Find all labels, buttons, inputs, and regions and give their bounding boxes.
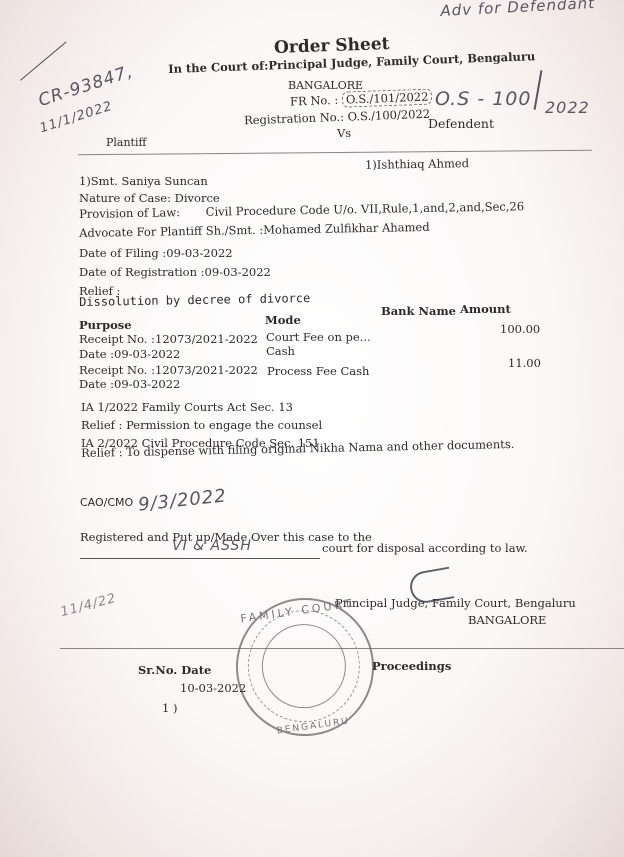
amount-header: Amount — [460, 302, 511, 316]
fee-row-2-mode: Process Fee Cash — [267, 364, 369, 378]
proceeding-sr-number: 1 ) — [162, 701, 177, 715]
fee-row-1-date: Date :09-03-2022 — [79, 347, 180, 361]
handwritten-note-advocate: Adv for Defendant — [440, 0, 595, 20]
date-of-registration: Date of Registration :09-03-2022 — [79, 265, 271, 279]
plaintiff-label: Plantiff — [106, 136, 146, 149]
handwritten-case-year: 2022 — [545, 98, 590, 117]
judge-city: BANGALORE — [468, 613, 546, 627]
purpose-header: Purpose — [79, 318, 132, 332]
handwritten-court-name: VI & ASSH — [172, 538, 252, 554]
registered-text-line2: court for disposal according to law. — [322, 541, 528, 555]
court-city: BANGALORE — [288, 79, 363, 92]
fee-row-2-date: Date :09-03-2022 — [79, 377, 180, 391]
defendant-name: 1)Ishthiaq Ahmed — [365, 156, 469, 172]
handwritten-cr-number: CR-93847, — [36, 62, 136, 111]
registration-number: Registration No.: O.S./100/2022 — [244, 107, 431, 127]
court-name-blank-line — [80, 558, 320, 559]
handwritten-slash-mark — [20, 41, 67, 80]
ia-1: IA 1/2022 Family Courts Act Sec. 13 — [81, 400, 293, 414]
fee-row-2-amount: 11.00 — [508, 356, 541, 370]
nature-of-case: Nature of Case: Divorce — [79, 191, 220, 205]
cao-cmo-label: CAO/CMO — [80, 496, 133, 509]
date-of-filing: Date of Filing :09-03-2022 — [79, 246, 233, 260]
handwritten-margin-note: 11/4/22 — [59, 591, 118, 620]
provision-value: Civil Procedure Code U/o. VII,Rule,1,and… — [206, 199, 525, 219]
srno-date-header: Sr.No. Date — [138, 663, 211, 677]
header-divider — [78, 150, 592, 155]
fee-row-1-mode-cash: Cash — [266, 344, 295, 358]
fee-row-1-amount: 100.00 — [500, 322, 540, 336]
judge-designation: Principal Judge, Family Court, Bengaluru — [335, 596, 576, 610]
proceeding-date: 10-03-2022 — [180, 681, 246, 695]
family-court-seal: FAMILY COURT BENGALURU — [227, 589, 383, 745]
registration-value: O.S./100/2022 — [347, 107, 430, 124]
defendant-label: Defendent — [428, 116, 494, 131]
advocate-for-plaintiff: Advocate For Plantiff Sh./Smt. :Mohamed … — [79, 220, 430, 240]
fr-number: FR No. : O.S./101/2022 — [290, 90, 433, 109]
plaintiff-name: 1)Smt. Saniya Suncan — [79, 174, 208, 188]
handwritten-slash — [534, 70, 543, 110]
fr-label: FR No. : — [290, 93, 339, 109]
bank-name-header: Bank Name — [381, 304, 456, 318]
handwritten-case-number: O.S - 100 — [435, 88, 532, 110]
fr-value: O.S./101/2022 — [342, 89, 433, 108]
fee-row-2-receipt: Receipt No. :12073/2021-2022 — [79, 363, 258, 377]
cao-cmo-handwritten-date: 9/3/2022 — [137, 485, 228, 515]
proceedings-header: Proceedings — [372, 659, 451, 673]
mode-header: Mode — [265, 313, 301, 327]
relief-value: Dissolution by decree of divorce — [79, 291, 310, 309]
ia-1-relief: Relief : Permission to engage the counse… — [81, 418, 322, 432]
registration-label: Registration No.: — [244, 110, 344, 127]
fee-row-1-receipt: Receipt No. :12073/2021-2022 — [79, 332, 258, 346]
cao-cmo-line: CAO/CMO 9/3/2022 — [80, 490, 227, 511]
versus-label: Vs — [337, 126, 351, 140]
fee-row-1-mode: Court Fee on pe... — [266, 330, 371, 344]
provision-label: Provision of Law: — [79, 205, 180, 221]
